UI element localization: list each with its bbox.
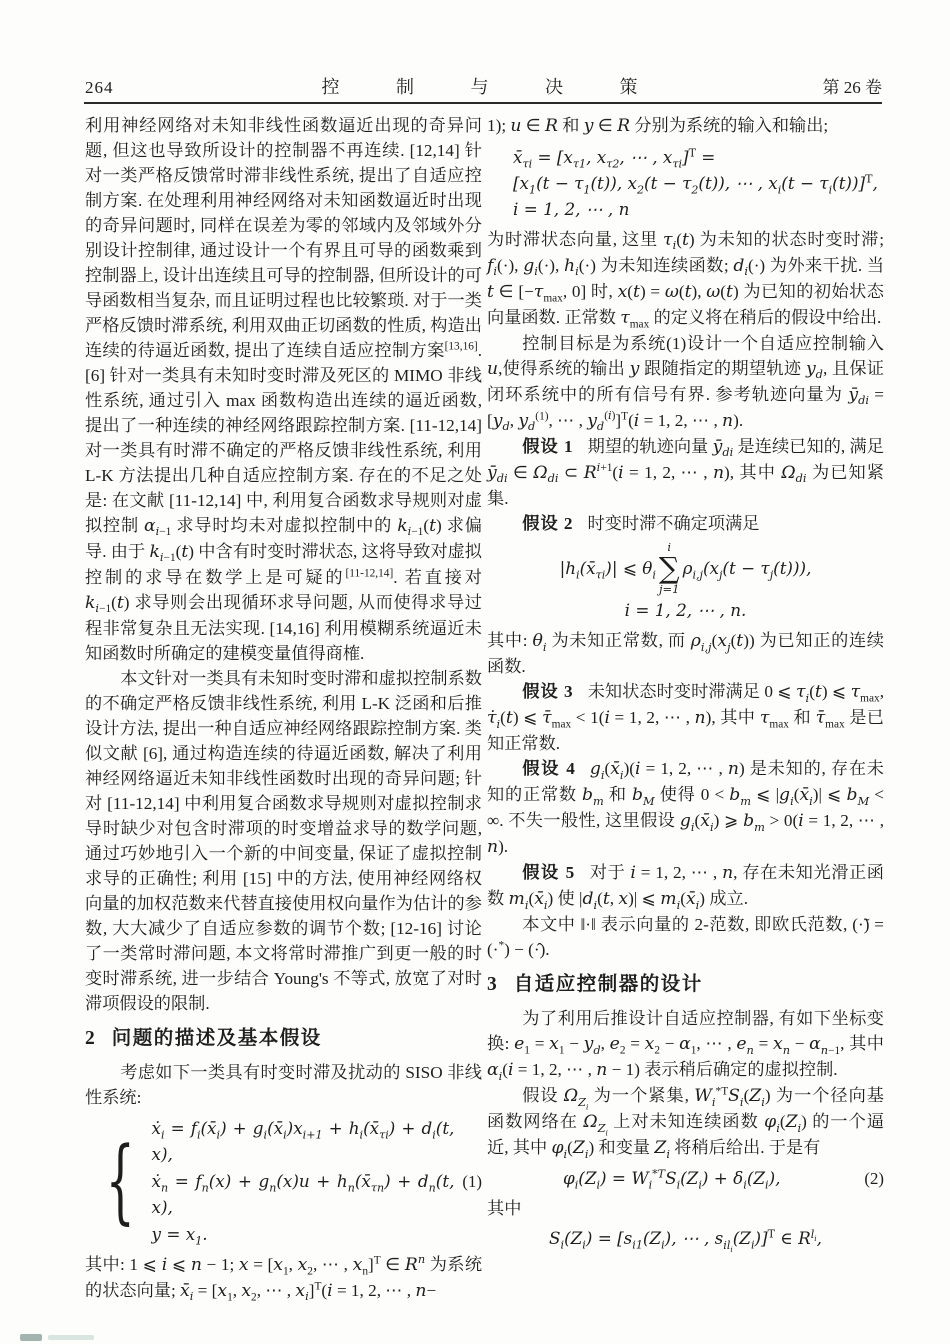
equation-h-bound: |hi(x̄τi)| ⩽ θi i ∑ j=1 ρi,j(xj(t − τj(t… <box>487 541 884 623</box>
section-heading-2: 2 问题的描述及基本假设 <box>85 1026 482 1052</box>
equation-s: Si(Zi) = [si1(Zi), ⋯ , sili(Zi)]T ∈ Rli, <box>487 1226 884 1251</box>
assumption-text: 时变时滞不确定项满足 <box>588 514 760 533</box>
equation-number: (1) <box>454 1169 482 1194</box>
equation-xtau: x̄τi = [xτ1, xτ2, ⋯ , xτi]T = [x1(t − τ1… <box>487 144 884 222</box>
header-rule <box>84 102 882 104</box>
equation-line: ẋi = fi(x̄i) + gi(x̄i)xi+1 + hi(x̄τi) + … <box>152 1115 455 1167</box>
page-number: 264 <box>85 78 195 98</box>
paragraph: 利用神经网络对未知非线性函数逼近出现的奇异问题, 但这也导致所设计的控制器不再连… <box>85 113 482 666</box>
equation-line: y = x1. <box>152 1221 455 1247</box>
equation-line: i = 1, 2, ⋯ , n. <box>487 598 884 623</box>
paragraph: 本文中 ‖·‖ 表示向量的 2-范数, 即欧氏范数, (·̃) = (·*) −… <box>487 912 884 962</box>
paragraph: 其中 <box>487 1196 884 1221</box>
paragraph: 考虑如下一类具有时变时滞及扰动的 SISO 非线性系统: <box>85 1060 482 1110</box>
page-header: 264 控 制 与 决 策 第 26 卷 <box>85 73 882 99</box>
equation-1: { ẋi = fi(x̄i) + gi(x̄i)xi+1 + hi(x̄τi) … <box>85 1115 482 1247</box>
system-brace: { <box>106 1142 135 1220</box>
equation-body: φi(Zi) = Wi*TSi(Zi) + δi(Zi), <box>487 1166 856 1191</box>
assumption-label: 假设 4 <box>522 759 576 778</box>
section-number: 2 <box>85 1026 95 1052</box>
right-column: 1); u ∈ R 和 y ∈ R 分别为系统的输入和输出; x̄τi = [x… <box>487 113 884 1256</box>
paragraph: 其中: θi 为未知正常数, 而 ρi,j(xj(t)) 为已知正的连续函数. <box>487 628 884 679</box>
equation-left: |hi(x̄τi)| ⩽ θi <box>560 556 656 581</box>
assumption-3: 假设 3未知状态时变时滞满足 0 ⩽ τi(t) ⩽ τmax, τ̇i(t) … <box>487 679 884 756</box>
paragraph: 为时滞状态向量, 这里 τi(t) 为未知的状态时变时滞; fi(·), gi(… <box>487 227 884 331</box>
paper-page: 264 控 制 与 决 策 第 26 卷 利用神经网络对未知非线性函数逼近出现的… <box>0 0 950 1344</box>
paragraph: 其中: 1 ⩽ i ⩽ n − 1; x = [x1, x2, ⋯ , xn]T… <box>85 1252 482 1304</box>
assumption-label: 假设 1 <box>522 437 573 456</box>
summation-symbol: i ∑ j=1 <box>659 541 680 595</box>
assumption-label: 假设 5 <box>522 863 575 882</box>
equation-line: i = 1, 2, ⋯ , n <box>513 196 884 222</box>
scan-smudge <box>20 1334 42 1341</box>
paragraph: 控制目标是为系统(1)设计一个自适应控制输入 u,使得系统的输出 y 跟随指定的… <box>487 331 884 434</box>
equation-body: Si(Zi) = [si1(Zi), ⋯ , sili(Zi)]T ∈ Rli, <box>487 1226 884 1251</box>
assumption-2: 假设 2时变时滞不确定项满足 <box>487 511 884 536</box>
section-number: 3 <box>487 972 497 998</box>
assumption-label: 假设 2 <box>522 514 573 533</box>
equation-line: [x1(t − τ1(t)), x2(t − τ2(t)), ⋯ , xi(t … <box>513 170 884 196</box>
assumption-1: 假设 1期望的轨迹向量 ȳdi 是连续已知的, 满足 ȳdi ∈ Ωdi ⊂ R… <box>487 434 884 511</box>
journal-title: 控 制 与 决 策 <box>195 73 772 99</box>
equation-line: x̄τi = [xτ1, xτ2, ⋯ , xτi]T = <box>513 144 884 170</box>
paragraph: 假设 ΩZi 为一个紧集, Wi*TSi(Zi) 为一个径向基函数网络在 ΩZi… <box>487 1083 884 1161</box>
section-title: 问题的描述及基本假设 <box>112 1026 322 1052</box>
equation-right: ρi,j(xj(t − τj(t))), <box>683 556 812 581</box>
paragraph: 为了利用后推设计自适应控制器, 有如下坐标变换: e1 = x1 − yd, e… <box>487 1006 884 1083</box>
paragraph: 1); u ∈ R 和 y ∈ R 分别为系统的输入和输出; <box>487 113 884 139</box>
section-title: 自适应控制器的设计 <box>514 972 703 998</box>
volume-label: 第 26 卷 <box>772 73 882 98</box>
scan-smudge <box>48 1335 94 1340</box>
left-column: 利用神经网络对未知非线性函数逼近出现的奇异问题, 但这也导致所设计的控制器不再连… <box>85 113 482 1304</box>
paragraph: 本文针对一类具有未知时变时滞和虚拟控制系数的不确定严格反馈非线性系统, 利用 L… <box>85 666 482 1016</box>
assumption-4: 假设 4gi(x̄i)(i = 1, 2, ⋯ , n) 是未知的, 存在未知的… <box>487 756 884 860</box>
equation-number: (2) <box>856 1166 884 1191</box>
assumption-5: 假设 5对于 i = 1, 2, ⋯ , n, 存在未知光滑正函数 mi(x̄i… <box>487 860 884 912</box>
equation-line: ẋn = fn(x) + gn(x)u + hn(x̄τn) + dn(t, x… <box>152 1168 455 1220</box>
equation-2: φi(Zi) = Wi*TSi(Zi) + δi(Zi), (2) <box>487 1166 884 1191</box>
section-heading-3: 3 自适应控制器的设计 <box>487 972 884 998</box>
assumption-label: 假设 3 <box>522 682 573 701</box>
